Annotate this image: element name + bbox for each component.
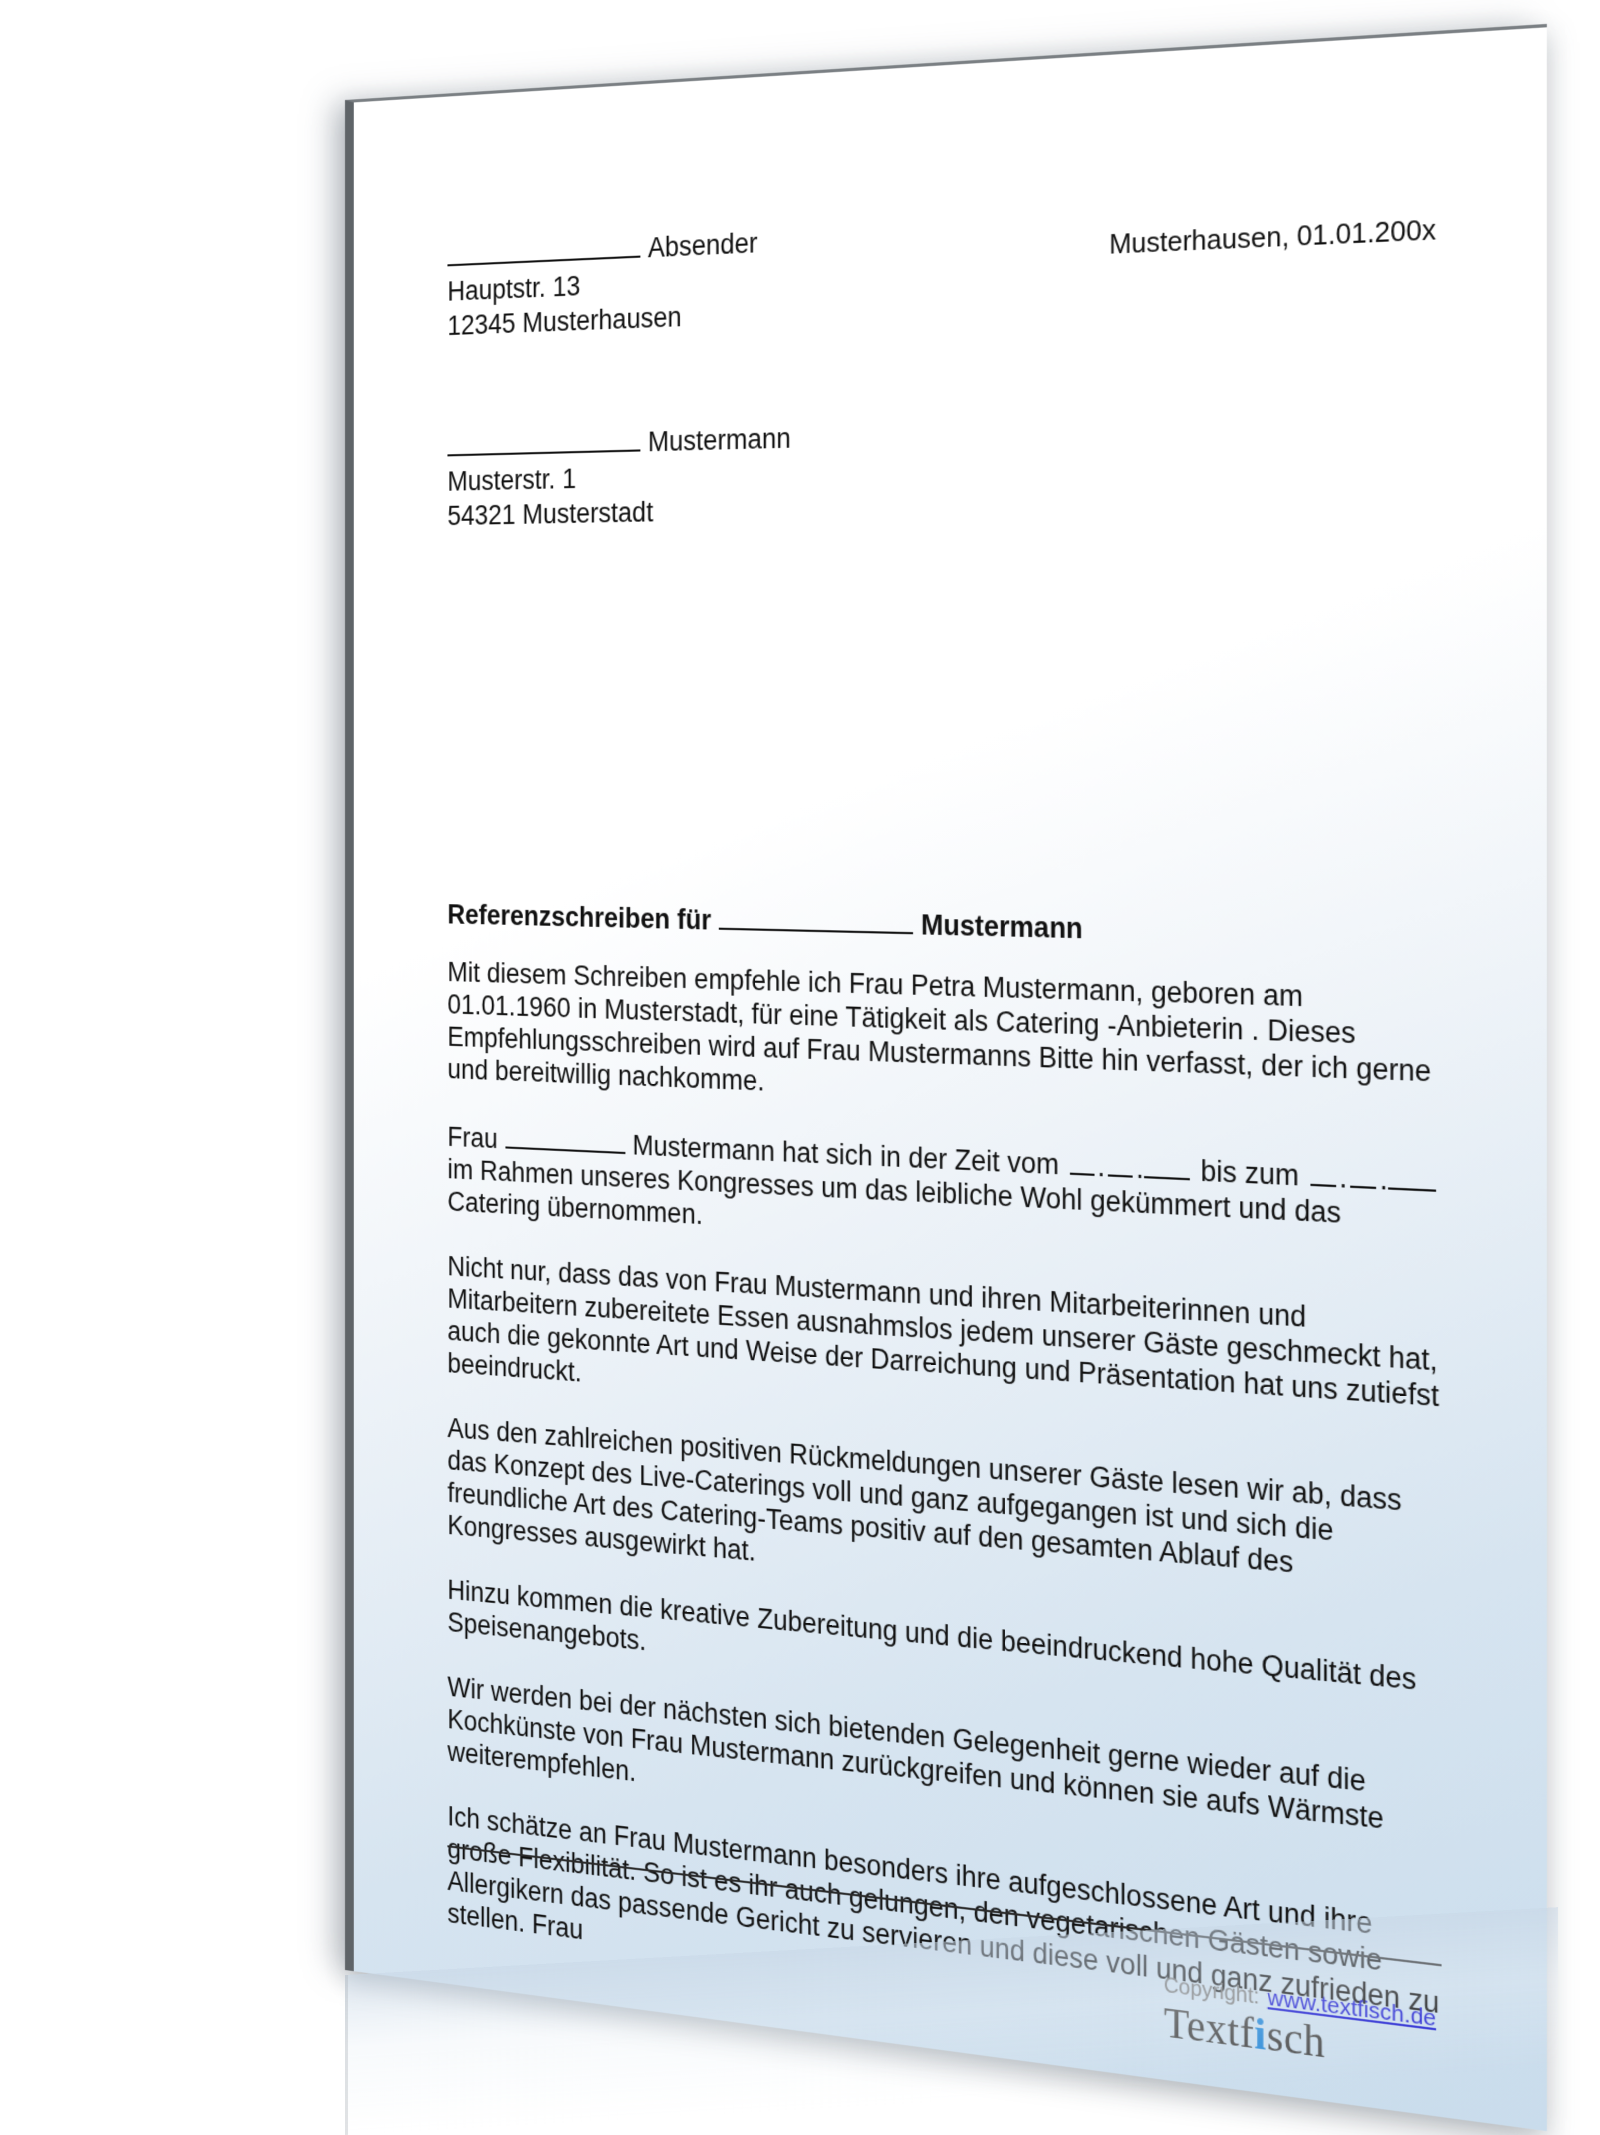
p2-frau: Frau <box>447 1122 497 1155</box>
recipient-name-blank <box>447 423 640 457</box>
from-month-blank <box>1108 1146 1133 1177</box>
to-month-blank <box>1351 1157 1377 1189</box>
recipient-city: 54321 Musterstadt <box>447 492 790 534</box>
paragraph-3: Nicht nur, dass das von Frau Mustermann … <box>447 1250 1441 1450</box>
sender-name-blank <box>447 229 640 267</box>
subject-suffix: Mustermann <box>921 909 1083 945</box>
date-sep: . <box>1097 1150 1105 1183</box>
letter-page: Absender Hauptstr. 13 12345 Musterhausen… <box>345 24 1547 2100</box>
letter-subject: Referenzschreiben fürMustermann <box>447 895 1082 947</box>
paragraph-2: FrauMustermann hat sich in der Zeit vom … <box>447 1117 1441 1271</box>
paragraph-1: Mit diesem Schreiben empfehle ich Frau P… <box>447 956 1441 1125</box>
subject-name-blank <box>719 901 913 935</box>
letter-content: Absender Hauptstr. 13 12345 Musterhausen… <box>447 188 1480 238</box>
recipient-name-label: Mustermann <box>648 423 791 458</box>
to-year-blank <box>1388 1158 1436 1191</box>
date-sep: . <box>1339 1161 1347 1195</box>
subject-prefix: Referenzschreiben für <box>447 899 711 936</box>
from-day-blank <box>1070 1145 1095 1176</box>
place-date: Musterhausen, 01.01.200x <box>1109 210 1436 262</box>
sender-name-label: Absender <box>648 227 758 263</box>
date-sep: . <box>1136 1152 1144 1185</box>
from-year-blank <box>1144 1148 1190 1180</box>
sender-address: Absender Hauptstr. 13 12345 Musterhausen <box>447 223 757 343</box>
first-name-blank <box>505 1120 625 1154</box>
date-sep: . <box>1380 1163 1388 1197</box>
recipient-address: Mustermann Musterstr. 1 54321 Musterstad… <box>447 418 790 533</box>
document-preview-stage: Absender Hauptstr. 13 12345 Musterhausen… <box>0 0 1600 2100</box>
to-day-blank <box>1310 1155 1336 1187</box>
p2-bis: bis zum <box>1201 1155 1299 1192</box>
